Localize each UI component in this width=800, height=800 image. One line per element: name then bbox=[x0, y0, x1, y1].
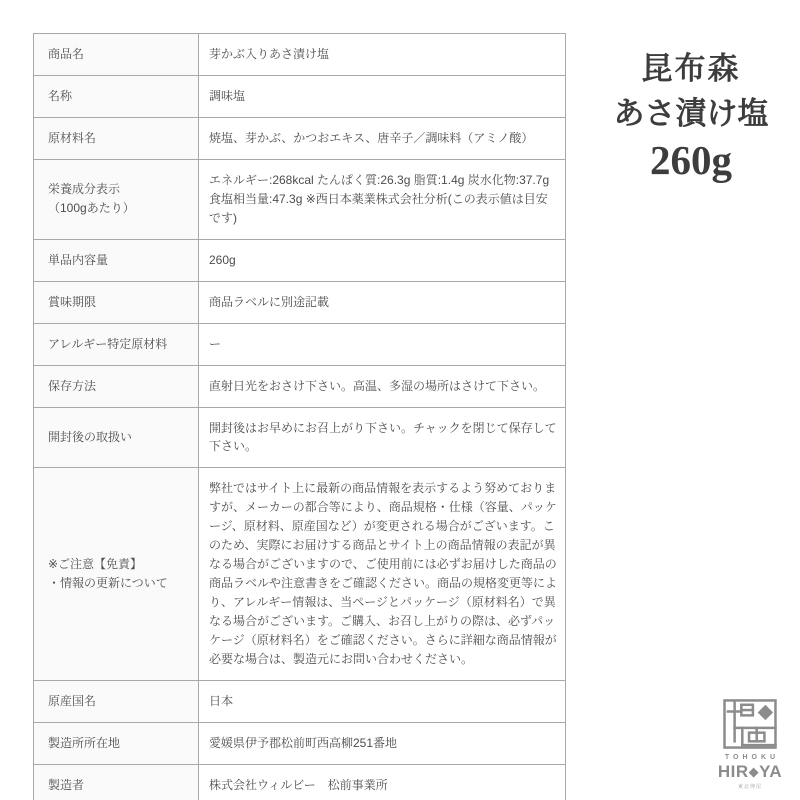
spec-row-value: 弊社ではサイト上に最新の商品情報を表示するよう努めておりますが、メーカーの都合等… bbox=[199, 468, 565, 680]
logo-tagline: 東北博屋 bbox=[712, 783, 788, 790]
spec-row-label: 原材料名 bbox=[34, 118, 199, 159]
spec-row-label: 開封後の取扱い bbox=[34, 408, 199, 468]
hiroya-kanji-mark-icon bbox=[723, 699, 777, 749]
diamond-o-icon: ◆ bbox=[749, 764, 760, 779]
product-title: 昆布森 あさ漬け塩 260g bbox=[591, 46, 791, 184]
spec-row: ※ご注意【免責】 ・情報の更新について 弊社ではサイト上に最新の商品情報を表示す… bbox=[34, 468, 565, 681]
spec-row-value: ー bbox=[199, 324, 565, 365]
spec-row-label: 賞味期限 bbox=[34, 282, 199, 323]
spec-row: 賞味期限 商品ラベルに別途記載 bbox=[34, 282, 565, 324]
spec-row-label: アレルギー特定原材料 bbox=[34, 324, 199, 365]
spec-row: 製造者 株式会社ウィルビー 松前事業所 bbox=[34, 765, 565, 800]
product-title-weight: 260g bbox=[591, 136, 791, 184]
product-spec-table: 商品名 芽かぶ入りあさ漬け塩 名称 調味塩 原材料名 焼塩、芽かぶ、かつおエキス… bbox=[33, 33, 566, 800]
spec-row-label: 製造者 bbox=[34, 765, 199, 800]
diamond-mark-icon bbox=[758, 705, 773, 720]
spec-row-label: 単品内容量 bbox=[34, 240, 199, 281]
spec-row-label: 保存方法 bbox=[34, 366, 199, 407]
product-info-page: 商品名 芽かぶ入りあさ漬け塩 名称 調味塩 原材料名 焼塩、芽かぶ、かつおエキス… bbox=[0, 0, 800, 800]
spec-row-value: 日本 bbox=[199, 681, 565, 722]
spec-row-value: 開封後はお早めにお召上がり下さい。チャックを閉じて保存して下さい。 bbox=[199, 408, 565, 468]
spec-row-label: 栄養成分表示 （100gあたり） bbox=[34, 160, 199, 239]
spec-row-value: 焼塩、芽かぶ、かつおエキス、唐辛子／調味料（アミノ酸） bbox=[199, 118, 565, 159]
spec-row: 製造所所在地 愛媛県伊予郡松前町西高柳251番地 bbox=[34, 723, 565, 765]
logo-hiroya-part1: HIR bbox=[718, 762, 749, 781]
spec-row: 原産国名 日本 bbox=[34, 681, 565, 723]
spec-row-value: 商品ラベルに別途記載 bbox=[199, 282, 565, 323]
spec-row-value: 芽かぶ入りあさ漬け塩 bbox=[199, 34, 565, 75]
spec-row-label: 製造所所在地 bbox=[34, 723, 199, 764]
spec-row-label: ※ご注意【免責】 ・情報の更新について bbox=[34, 468, 199, 680]
spec-row-label: 商品名 bbox=[34, 34, 199, 75]
spec-row-value: 株式会社ウィルビー 松前事業所 bbox=[199, 765, 565, 800]
spec-row-label: 名称 bbox=[34, 76, 199, 117]
spec-row-value: 260g bbox=[199, 240, 565, 281]
spec-row: 原材料名 焼塩、芽かぶ、かつおエキス、唐辛子／調味料（アミノ酸） bbox=[34, 118, 565, 160]
spec-row: 保存方法 直射日光をおさけ下さい。高温、多湿の場所はさけて下さい。 bbox=[34, 366, 565, 408]
spec-row: 開封後の取扱い 開封後はお早めにお召上がり下さい。チャックを閉じて保存して下さい… bbox=[34, 408, 565, 469]
spec-row: 単品内容量 260g bbox=[34, 240, 565, 282]
hiroya-logo: TOHOKU HIR◆YA 東北博屋 bbox=[712, 699, 788, 790]
spec-row-value: 直射日光をおさけ下さい。高温、多湿の場所はさけて下さい。 bbox=[199, 366, 565, 407]
spec-row-value: 調味塩 bbox=[199, 76, 565, 117]
logo-hiroya-part2: YA bbox=[759, 762, 782, 781]
spec-row: 栄養成分表示 （100gあたり） エネルギー:268kcal たんぱく質:26.… bbox=[34, 160, 565, 240]
product-title-name: あさ漬け塩 bbox=[591, 91, 791, 136]
logo-tohoku-text: TOHOKU bbox=[712, 754, 788, 761]
spec-row-value: 愛媛県伊予郡松前町西高柳251番地 bbox=[199, 723, 565, 764]
spec-row: 名称 調味塩 bbox=[34, 76, 565, 118]
spec-row: 商品名 芽かぶ入りあさ漬け塩 bbox=[34, 34, 565, 76]
product-title-brand: 昆布森 bbox=[591, 46, 791, 91]
spec-row: アレルギー特定原材料 ー bbox=[34, 324, 565, 366]
logo-hiroya-wordmark: HIR◆YA bbox=[712, 762, 788, 782]
spec-row-value: エネルギー:268kcal たんぱく質:26.3g 脂質:1.4g 炭水化物:3… bbox=[199, 160, 565, 239]
spec-row-label: 原産国名 bbox=[34, 681, 199, 722]
